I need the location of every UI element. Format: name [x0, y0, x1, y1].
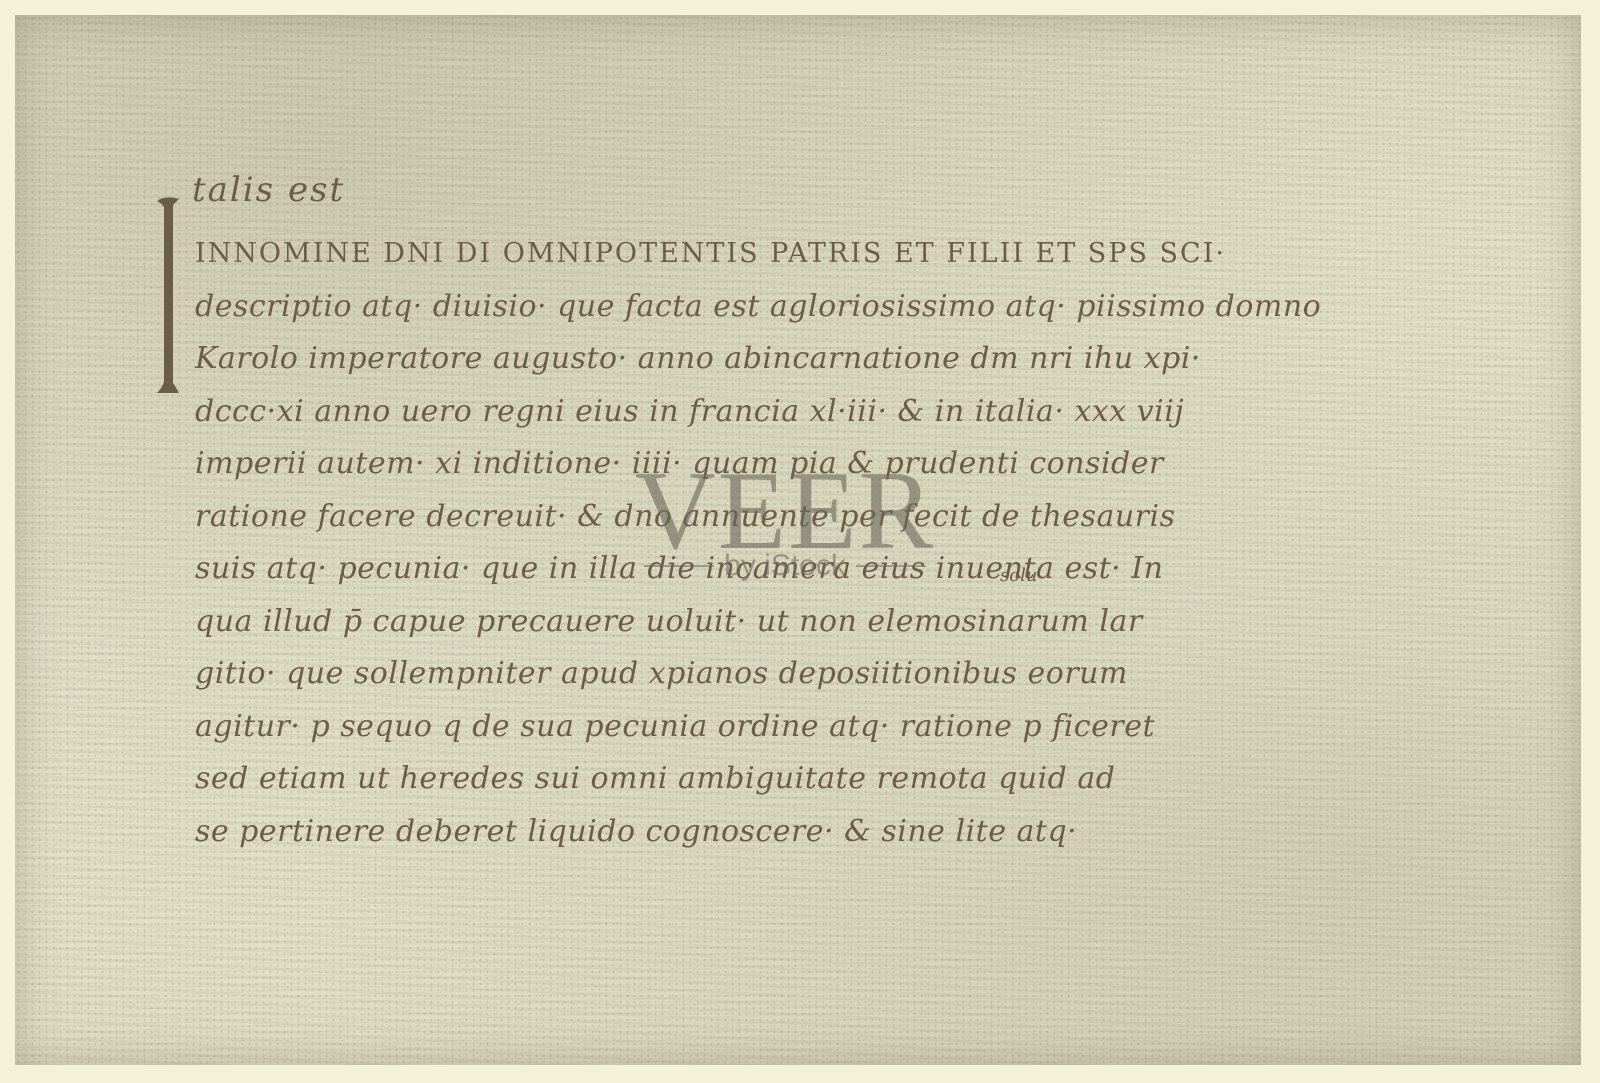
illuminated-initial-i [155, 195, 181, 395]
text-line: se pertinere deberet liquido cognoscere·… [195, 806, 1395, 859]
text-line: descriptio atq· diuisio· que facta est a… [195, 281, 1395, 334]
interlinear-gloss: solu [1000, 565, 1037, 586]
text-line: Karolo imperatore augusto· anno abincarn… [195, 333, 1395, 386]
text-line: dccc·xi anno uero regni eius in francia … [195, 386, 1395, 439]
text-line: ratione facere decreuit· & dno annuente … [195, 491, 1395, 544]
text-line: suis atq· pecunia· que in illa die incam… [195, 543, 1395, 596]
text-line: INNOMINE DNI DI OMNIPOTENTIS PATRIS ET F… [195, 228, 1395, 281]
text-line: agitur· p sequo q de sua pecunia ordine … [195, 701, 1395, 754]
text-line: imperii autem· xi inditione· iiii· quam … [195, 438, 1395, 491]
text-line: gitio· que sollempniter apud xpianos dep… [195, 648, 1395, 701]
text-line: qua illud p̄ capue precauere uoluit· ut … [195, 596, 1395, 649]
text-line: sed etiam ut heredes sui omni ambiguitat… [195, 753, 1395, 806]
manuscript-text: INNOMINE DNI DI OMNIPOTENTIS PATRIS ET F… [195, 228, 1395, 858]
document-heading: talis est [192, 170, 345, 210]
